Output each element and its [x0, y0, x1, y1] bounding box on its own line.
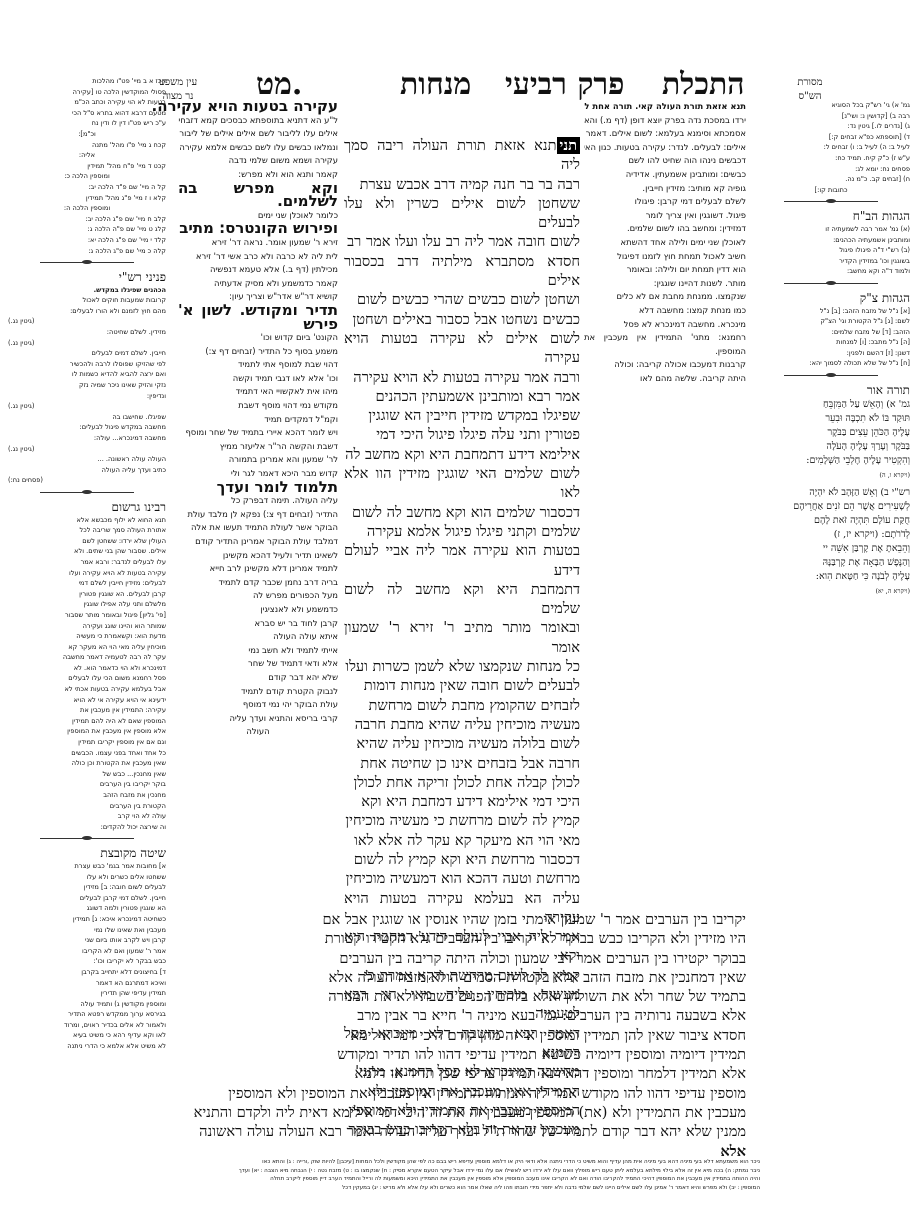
gershom-line: קרבן לבעלים. הא שוגגין פטורין [8, 589, 166, 600]
ornament-divider [40, 838, 135, 845]
torah-or: גמ' א) וְהָאֵשׁ עַל הַמִּזְבֵּחַ תּוּקַד… [752, 398, 910, 482]
torah-or-line: בַּבֹּקֶר וְעָרַךְ עָלֶיהָ הָעֹלָה [752, 440, 910, 454]
footnote-line: ניבר נמתק: ה) בכה מיא אין זה אלא בילוי מ… [120, 1167, 760, 1176]
gemara-line: לשום שלמים האי שוגגין מזידין הוו אלא לאו [344, 464, 580, 503]
tosafot-line: דהוי שבת למוסף אתי לתמיד [178, 358, 338, 372]
gemara-line: אמר רבא ומותבינן אשמעתין הכהנים [344, 387, 580, 406]
ein-mishpat-line: ומוספין הלכה ה: [8, 203, 166, 214]
gemara-line: לכולן קבלה אחת לכולן זריקה אחת לכולן [344, 773, 580, 792]
ein-mishpat-line: אליה: [8, 150, 166, 161]
masoret-line: פסחים נח: יומא לג: [752, 164, 910, 175]
gershom-line: וה שירצה יכול להקדים: [8, 822, 166, 833]
pnei-rashi-line: שפיגלו. שחישבו בה [8, 412, 166, 423]
torah-or-line: גמ' א) וְהָאֵשׁ עַל הַמִּזְבֵּחַ [752, 398, 910, 412]
gershom-line: הקטורת בין הערבים [8, 801, 166, 812]
tosafot-line: עליה העולה. תימה דבפרק כל [178, 494, 338, 508]
rashi-line: ירדו במסכת נדה בפרק יוצא דופן (דף מ.) וה… [584, 114, 746, 128]
footnotes: ניכר הוא משמעתא דלא בעי מיניה דהא בעי מי… [120, 1158, 760, 1192]
tosafot-line: דמלבד עולת הבוקר אמרינן התדיר קודם [178, 535, 338, 549]
shita-line: חייבין. לשלם דמי קרבן לבעלים [8, 893, 166, 904]
shita-line: ד] בחיצונים דלא יתחייב בקרבן [8, 967, 166, 978]
tosafot-dibbur-hamatchil: עקירה בטעות הויא עקירה. [178, 100, 338, 114]
pnei-rashi-line: מחשבה דמינכרא... עולה: [8, 433, 166, 444]
gemara-line: ממנין שלא יהא דבר קודם לתמיד של שחר ת"ל … [178, 1122, 746, 1141]
tosafot-dibbur: ופירוש הקונטרס: מתיב [178, 222, 338, 236]
tosafot-line: אילים עלו לליבור לשם אילים אילים של ליבו… [178, 127, 338, 141]
shita-line: כשחיטה דמינכרא איכא: ג] תמידין [8, 914, 166, 925]
gershom-line: בוקר יקריבו בין הערבים [8, 779, 166, 790]
gemara-line: מרחשת וטעה דהכא הוא דמעשיה מוכיחין [344, 869, 580, 888]
gershom-line: עולה לא הוי קרב [8, 811, 166, 822]
tosafot-line: משמע בסוף כל התדיר (זבחים דף צ:) [178, 345, 338, 359]
rashi-line: דמזידין: ומחשב בהו לשום שלמים. [584, 222, 746, 236]
gemara-line: היו מזידין ולא הקריבו כבש בבוקר לא יקריב… [178, 929, 746, 948]
rashi-line: אסמכתא וסימנא בעלמא: לשום אילים. דאמר הר… [584, 127, 746, 141]
hagahot-tzk: [א] נ"ל של מזבח הזהב: [ב] נ"ל לשם: [ג] נ… [752, 306, 910, 370]
ein-mishpat-line: קל ה מיי' שם פ"ד הלכה יב: [8, 182, 166, 193]
pnei-rashi-line: קרובות שמעבות חוקים לאכול [8, 295, 166, 306]
ein-mishpat-line: וכ"מ]: [8, 129, 166, 140]
rashi-line: דכבשים נינהו הוה שחיט להו לשם [584, 154, 746, 168]
tosafot-line: דשבת והקשה הר"ר אליעזר ממיץ [178, 440, 338, 454]
ornament-divider [784, 375, 879, 382]
pnei-rashi: הכהנים שפיגלו במקדש. קרובות שמעבות חוקים… [8, 285, 166, 486]
tosafot-line: לית ליה לא כרבה ולא כרב אשי דר' זירא [178, 250, 338, 264]
shita-line: ואיכא דמתרגם הא דאמר [8, 978, 166, 989]
ein-mishpat-line: קלג ט מיי' שם פ"ה הלכה ג: [8, 224, 166, 235]
source-ref: (פסחים נח:) [8, 475, 166, 486]
torah-or-line: תּוּקַד בּוֹ לֹא תִכְבֶּה וּבִעֵר [752, 412, 910, 426]
tosafot-commentary: עקירה בטעות הויא עקירה. ל"ע הא דתניא בתו… [178, 100, 338, 739]
gershom-line: תנא החוא לא ילוף מכבשא אלא [8, 515, 166, 526]
pnei-rashi-line: כתיב ועדך עליה העולה [8, 465, 166, 476]
masoret-line: ג) [נדרים לו.] גיטין נד: [752, 121, 910, 132]
gemara-line: חסדא ציבור שאין להן תמידין ומוספין אי זה… [178, 1026, 746, 1045]
hagahot-line: (ב) רש"י ד"ה פיגולו פיגול [752, 245, 910, 256]
rashi-line: לשלם לבעלים דמי קרבן: פיגולו [584, 195, 746, 209]
gemara-line: דתמחבת היא וקא מחשב לה לשום שלמים [344, 580, 580, 619]
rashi-commentary: תנא אזאת תורת העולה קאי. תורה אחת לכל הע… [584, 100, 746, 385]
gemara-line: לשום בלולה מעשיה מוכיחין עליה שהיא [344, 734, 580, 753]
gemara-line: לזבחים שהקומץ מחבת לשום מרחשת [344, 696, 580, 715]
gemara-bottom-text: יקריבו בין הערבים אמר ר' שמעון אימתי בזמ… [178, 910, 746, 1161]
gemara-line: ובאומר מותר מתיב ר' זירא ר' שמעון אומר [344, 618, 580, 657]
gershom-line: מדעת הוא: וקשאמרת כי מעשיה [8, 631, 166, 642]
hagahot-tzk-line: [ח] נ"ל של שלא תכולה לסמוך יהא: [752, 358, 910, 369]
pnei-rashi-line: העולה עולה ראשונה. ... [8, 454, 166, 465]
tosafot-line: קאמר כדמשמע ולא מסיק אדעתיה [178, 277, 338, 291]
masoret-line: רבה ב) [קדושין נ: ושי"נ] [752, 111, 910, 122]
hagahot-bach-title: הגהות הב"ח [752, 211, 910, 222]
shita-mekubetzet-title: שיטה מקובצת [8, 848, 166, 859]
torah-or-line: לְדֹרֹתָם: (ויקרא יז, ז) [752, 528, 910, 542]
source-ref: (גיטין נג.) [8, 401, 166, 412]
tractate-name: מנחות [400, 70, 471, 100]
source-ref: (גיטין נג.) [8, 338, 166, 349]
rashi-line: מותר. לשנות דהיינו שוגגין: [584, 277, 746, 291]
masoret-line: ע"ש ז) כ"ק קיח. תמיד כח: [752, 153, 910, 164]
tosafot-line: הקונט' ביום קדוש וכו' [178, 331, 338, 345]
tosafot-line: לנבוק הקטרת קודם לתמיד [178, 685, 338, 699]
ein-mishpat-line: קלד י מיי' שם פ"ג הלכה יא: [8, 235, 166, 246]
gemara-line: היכי דמי אילימא דידע דמחבת היא וקא [344, 792, 580, 811]
gemara-line: אילימא דידע דתמחבת היא וקא מחשב לה [344, 445, 580, 464]
rashi-line: אילים: לבעלים. לנדר: עקירה בטעות. כגון ה… [584, 141, 746, 155]
torah-or-title: תורה אור [752, 385, 910, 396]
masoret-line: לעיל ב: ה) לעיל ב: ו) זבחים ל: [752, 142, 910, 153]
right-sidebar: גמ' א) גי' רש"ק בכל הסוגיא רבה ב) [קדושי… [752, 100, 910, 598]
tosafot-line: מקודש נמי דהוי מוסף דשבת [178, 399, 338, 413]
hagahot-tzk-line: [א] נ"ל של מזבח הזהב: [ב] נ"ל [752, 306, 910, 317]
gemara-line: לשום חובה אמר ליה רב עלו ועלו אמר רב [344, 232, 580, 251]
chapter-number: פרק רביעי [505, 70, 624, 100]
tosafot-line: זירא ר' שמעון אומר. נראה דר' זירא [178, 236, 338, 250]
gershom-line: המוספין שאם לא היה להם תמידין [8, 716, 166, 727]
rashi-line: הוא דדין תמחת יום ולילה: ובאומר [584, 263, 746, 277]
shita-line: לבעלים לשום חובה: ב] מזידין [8, 882, 166, 893]
gershom-line: עקירה: התמידין אין מעכבין את [8, 705, 166, 716]
gemara-line: כל מנחות שנקמצו שלא לשמן כשרות ועלו [344, 657, 580, 676]
ein-mishpat-line: ומוספין הלכה כ: [8, 171, 166, 182]
ein-mishpat-line: קלב ח מיי' שם פ"ג הלכה יב: [8, 214, 166, 225]
pnei-rashi-title: פניני רש"י [8, 272, 166, 283]
tosafot-line: מכילתין (דף ב.) אלא טעמא דנפשיה [178, 263, 338, 277]
rashi-line: לאוכלן שני ימים ולילה אחד דהשתא [584, 236, 746, 250]
shita-line: כבש בבקר לא יקריבו וכו': [8, 956, 166, 967]
shita-line: אמר ר' שמעון ואם לא הקריבו [8, 946, 166, 957]
tosafot-line: עקירה ושמא משום שלמי נדבה [178, 154, 338, 168]
tosafot-line: מיהו אית לאקשויי האי דתמיד [178, 385, 338, 399]
rashi-line: רחמנא: מתני' התמידין אין מעכבין את המוספ… [584, 331, 746, 358]
gemara-line: קמיץ לה לשום מרחשת כי מעשיה מוכיחין [344, 811, 580, 830]
gemara-line: מאי הוי הא מיעקר קא עקר לה אלא לאו [344, 831, 580, 850]
torah-or-line: עָלֶיהָ לְבֹנָה כִּי חַטָּאת הִוא: [752, 570, 910, 584]
pnei-rashi-line: ואם ירצה להביא להדיא כשמות לו [8, 369, 166, 380]
ein-mishpat-line: קכט ד מיי' פ"ח מהל' תמידין [8, 161, 166, 172]
footnote-line: והיה ההותה בתמידין אין מעכבין את המוספין… [120, 1175, 760, 1184]
masoret-line: גמ' א) גי' רש"ק בכל הסוגיא [752, 100, 910, 111]
rashi-line: שנקמצו. ממנחת מחבת אם לא כלים [584, 290, 746, 304]
gemara-line-text: תנא אזאת תורת העולה ריבה סמך ליה [344, 137, 580, 173]
ornament-divider [40, 492, 135, 499]
ein-mishpat-line: קלא ו ז מיי' פ"ג מהל' תמידין [8, 193, 166, 204]
ein-mishpat-line: בטעות לא הוי עקירה וכתב הכ"מ [8, 97, 166, 108]
ein-mishpat-line: פסולי המוקדשין הלכה טו [עקירה [8, 87, 166, 98]
gershom-line: עלו לבעלים לנדבר: ורבא אמר [8, 557, 166, 568]
rashi-line: היתה קריבה. שלשה מהם לאו [584, 372, 746, 386]
rashi-line: גופיה קא מותיב: מזידין חייבין. [584, 182, 746, 196]
left-sidebar: קכז א ב מיי' פט"ו מהלכות פסולי המוקדשין … [8, 76, 166, 1052]
pnei-rashi-line: הכהנים שפיגלו במקדש. [8, 285, 166, 296]
gemara-line: שפיגלו במקדש מזידין חייבין הא שוגגין [344, 406, 580, 425]
gershom-line: וגם אם אין מוספין יקריבו תמידין [8, 737, 166, 748]
shita-line: לאו וקא עדיף רהא כי משיט בעיא [8, 1030, 166, 1041]
hagahot-line: בשוגגין וכו' במזידין הקדיר [752, 256, 910, 267]
tosafot-line: ונמלאו כבשים עלו לשם כבשים אלמא עקירה בט… [178, 141, 338, 155]
hagahot-tzk-line: [ה] נ"ל מתבכ: [ו] למנחות [752, 337, 910, 348]
hagahot-line: ולמוד ד"ה וקא מחשב: [752, 266, 910, 277]
ornament-divider [40, 262, 135, 269]
tosafot-line: וקמ"ל דמקדים תמיד [178, 413, 338, 427]
tosafot-line: קרבי בריסא והתניא ועדך עליה [178, 712, 338, 726]
ornament-divider [784, 283, 879, 290]
gemara-line: אלא תמידין דלמחר ומוספין דהאידנא תמידין … [178, 1064, 746, 1083]
tosafot-line: עולת הבוקר יהי נמי דמוסף [178, 698, 338, 712]
gemara-line: תמידין דיומיה ומוספין דיומיה פשיטא תמידי… [178, 1045, 746, 1064]
hagahot-tzk-line: לשם: [ג] נ"ל הקטורת וגי' הצ"ק [752, 316, 910, 327]
gemara-line: דכסבור מרחשת היא וקא קמיץ לה לשום [344, 850, 580, 869]
ein-mishpat-line: ע"כ ריש פט"ו דין לו ודין נח [8, 118, 166, 129]
verse-source: (ויקרא ו, ה) [752, 468, 910, 482]
gemara-line: ושחטן לשום כבשים שהרי כבשים לשום [344, 290, 580, 309]
tosafot-line: הבוקר אשר לעולת התמיד תעשו את אלה [178, 521, 338, 535]
shita-line: ולאמור לא אלים בכדיר ראוים, ומרוד [8, 1020, 166, 1031]
masoret-line: כתובות קו:] [752, 185, 910, 196]
tosafot-line: קרבן לחוד בר יש סברא [178, 617, 338, 631]
rashi-dibbur-hamatchil: תנא אזאת תורת העולה קאי. תורה אחת לכל הע… [584, 100, 746, 114]
shita-line: תמידין עדיפי שהן תדירין [8, 988, 166, 999]
ein-mishpat: קכז א ב מיי' פט"ו מהלכות פסולי המוקדשין … [8, 76, 166, 256]
gemara-line: בטעות הוא עקירה אמר ליה אביי לעולם דידע [344, 541, 580, 580]
gemara-line: ורבה אמר עקירה בטעות לא הויא עקירה [344, 368, 580, 387]
pnei-rashi-line: נזקי והזיק שאינו ניכר שמיה נזק [8, 380, 166, 391]
ein-mishpat-line: קלה כ מיי' שם פ"ג הלכה ג: [8, 246, 166, 257]
gemara-line: לבעלים לשום חובה שאין מנחות דומות [344, 676, 580, 695]
ein-mishpat-line: קכז א ב מיי' פט"ו מהלכות [8, 76, 166, 87]
torah-or-line: לְשָׁעִירִים אֲשֶׁר הֵם זֹנִים אַחֲרֵיהֶ… [752, 500, 910, 514]
gershom-line: מחנכין את מזבח הזהב [8, 790, 166, 801]
shita-line: מעכבין ואת שאינו שלו נמי [8, 925, 166, 936]
masoret-line: ח) [זבחים קב. כ"מ נה. [752, 174, 910, 185]
rashi-line: קרבנות דמעכבו אכולה קריבה: וכולה [584, 358, 746, 372]
hagahot-line: (א) גמ' אמר רבה לשמעתיה זו [752, 224, 910, 235]
gershom-line: מלשלם ותני עלה אפילו שוגגין [8, 599, 166, 610]
masoret-hashas: גמ' א) גי' רש"ק בכל הסוגיא רבה ב) [קדושי… [752, 100, 910, 195]
gershom-line: ידעינא אי הויא עקירה אי לא הויא [8, 695, 166, 706]
gemara-line: דכסבור שלמים הוא וקא מחשב לה לשום [344, 503, 580, 522]
source-ref: (גיטין נג.) [8, 444, 166, 455]
torah-or-line: וְהִקְטִיר עָלֶיהָ חֶלְבֵי הַשְּׁלָמִים: [752, 454, 910, 468]
tosafot-line: אלא ודאי דתמיד של שחר [178, 657, 338, 671]
tosafot-line: בריה דרב נחמן שכבר קדם לתמיד [178, 576, 338, 590]
gemara-line: ששחטן לשום אילים כשרין ולא עלו לבעלים [344, 194, 580, 233]
folio-number: מט. [256, 70, 302, 100]
shita-line: א] מחובות אמר בגמ' כבש עצרת [8, 861, 166, 872]
footnote-line: ניכר הוא משמעתא דלא בעי מיניה דהא בעי מי… [120, 1158, 760, 1167]
gershom-line: שאין מעכבין את הקטורת וכן כולה [8, 758, 166, 769]
tosafot-line: ויש לומר דהכא איירי בתמיד של שחר ומוסף [178, 426, 338, 440]
shita-line: לא משיט אלא אלמא כי הדרי ניתנה [8, 1041, 166, 1052]
gemara-line: שלמים וקתני פיגלו פיגול אלמא עקירה [344, 522, 580, 541]
rabbeinu-gershom-title: רבינו גרשום [8, 502, 166, 513]
gershom-line: פסל רחמנא משום הכי עלו לבעלים [8, 673, 166, 684]
pnei-rashi-line: חייבין. לשלם דמים לבעלים [8, 348, 166, 359]
tani-opening-word: תני [557, 137, 580, 154]
tosafot-line: התדיר (זבחים דף צ:) נפקא לן מלבד עולת [178, 508, 338, 522]
pnei-rashi-line: מזידין. לשלם שחיטה: [8, 327, 166, 338]
ornament-divider [784, 201, 879, 208]
tosafot-line: לתמיד אמרינן דלא מקשינן לרב חייא [178, 562, 338, 576]
shita-line: הא שוגגין פטורין ולמה דשוגג [8, 903, 166, 914]
gershom-line: העולין שלא ירדו: ששחטן לשם [8, 536, 166, 547]
torah-or-rashi: רש"י ב) וְאֵשׁ הַזָּהָב לֹא יִהְיֶה לְשָ… [752, 486, 910, 598]
tosafot-line: איתא עולה העולה [178, 630, 338, 644]
shita-line: ששחטו אלים כשרים ולא עלו [8, 872, 166, 883]
tosafot-line: לשאינו תדיר ולעיל דהכא מקשינן [178, 549, 338, 563]
masoret-line: ד) [תוספתא כפ"א זבחים ק:] [752, 132, 910, 143]
gemara-line: יקריבו בין הערבים אמר ר' שמעון אימתי בזמ… [178, 910, 746, 929]
torah-or-line: עָלֶיהָ הַכֹּהֵן עֵצִים בַּבֹּקֶר [752, 426, 910, 440]
gemara-line: שאין דמחנכין את מזבח הזהב אלא בקטורת הסמ… [178, 968, 746, 987]
pnei-rashi-line: מהם חוץ לזמנם ולא הורו לבעלים: [8, 306, 166, 317]
gemara-line: תניתנא אזאת תורת העולה ריבה סמך ליה [344, 136, 580, 175]
gemara-line: כבשים נשחטו אבל כסבור באילים ושחטן [344, 310, 580, 329]
verse-source: (ויקרא ה, יא) [752, 584, 910, 598]
tosafot-dibbur: תדיר ומקודש. לשון א' פירש [178, 304, 338, 331]
gemara-line: מוספין עדיפי דהוו להו מקודש אמר ליה תנית… [178, 1084, 746, 1103]
torah-or-line: וְהַנֶּפֶשׁ הַבָּאָה אֶת קָרְבַּנָּהּ [752, 556, 910, 570]
pnei-rashi-line: ונדיפין: [8, 391, 166, 402]
tosafot-line: אייתי לתמיד ולא חשב נמי [178, 644, 338, 658]
gemara-line: חרבה אבל בזבחים אינו כן שחיטה אחת [344, 754, 580, 773]
tosafot-dibbur: תלמוד לומר ועדך [178, 481, 338, 495]
gershom-line: [פי' גליון] פיגול ובאומר מותר שסבור [8, 610, 166, 621]
gershom-line: דמינכרא ולא הוי כדאמר הוא. לא [8, 663, 166, 674]
gershom-line: אלא מוספין אין מעכבין את המוספין [8, 726, 166, 737]
tosafot-line: מעל הכפורים מפרש לה [178, 589, 338, 603]
rashi-line: כבשים: ומותבינן אשמעתין. אדידיה [584, 168, 746, 182]
tosafot-line: שלא יהא דבר קודם [178, 671, 338, 685]
gemara-line: בבוקר יקטירו בין הערבים אמר רבי שמעון וכ… [178, 949, 746, 968]
gershom-line: עקר לה רבה לטעמיה דאמר מחשבה [8, 652, 166, 663]
torah-or-line: חֻקַּת עוֹלָם תִּהְיֶה זֹּאת לָהֶם [752, 514, 910, 528]
gershom-line: שאין מחנכין... כבש של [8, 769, 166, 780]
rashi-line: כמו מנחת קמצו: מחשבה דלא [584, 304, 746, 318]
shita-line: קרבן ויש לקרב אותו ביום שני [8, 935, 166, 946]
gershom-line: מוכיחין עליה מאי הוי הא מעקר קא [8, 642, 166, 653]
gemara-line: מעכבין את התמידין ולא (את) המוספין מעכבי… [178, 1103, 746, 1122]
hagahot-line: ומותבינן אשמעתיה הכהנים: [752, 235, 910, 246]
gershom-line: שמותר הוא והיינו שוגג ועקירה [8, 621, 166, 632]
hagahot-bach: (א) גמ' אמר רבה לשמעתיה זו ומותבינן אשמע… [752, 224, 910, 277]
torah-or-line: וְהֵבֵאתָ אֶת קָרְבַּן אִשֵּׁה יי [752, 542, 910, 556]
gershom-line: עקירה בטעות לא הויא עקירה ועלו [8, 568, 166, 579]
gershom-line: כל אחד ואחד בפני עצמו. הכבשים [8, 748, 166, 759]
gershom-line: לבעלים: מזידין חייבין לשלם דמי [8, 578, 166, 589]
gershom-line: אבל בעלמא עקירה בטעות אכתי לא [8, 684, 166, 695]
tosafot-line: וכו' אלא לאו דגבי תמיד וקשה [178, 372, 338, 386]
ein-mishpat-line: מטעם דרבא דהוא בתרא ס"ל הכי [8, 108, 166, 119]
shita-line: בגירסא ערוך ממקדש רפטא התדיר [8, 1009, 166, 1020]
pnei-rashi-line: לפי שהזיקו שפוסלו לרבה ולהכשיר [8, 359, 166, 370]
rashi-line: מינכרא. מחשבה דמינכרא לא פסל [584, 318, 746, 332]
gemara-line: בתמיד של שחר ולא את השולחן ואלא בלחם הפנ… [178, 987, 746, 1006]
source-ref: (גיטין נג.) [8, 316, 166, 327]
hagahot-tzk-title: הגהות צ"ק [752, 293, 910, 304]
gemara-line: אלא בשבעה נרותיה בין הערבים: גמ' בעא מינ… [178, 1006, 746, 1025]
hagahot-tzk-line: דשנן: [ז] דהשם ולפנין: [752, 348, 910, 359]
masoret-label: מסורת [780, 76, 840, 90]
rashi-line: פיגול. דשוגגין ואין צריך לומר [584, 209, 746, 223]
ein-mishpat-line: קכח ג מיי' פ"ו מהל' מתנה [8, 140, 166, 151]
gershom-line: אתורת העולה סמך שריבה לכל [8, 525, 166, 536]
rashi-line: חשיב לאכול תמחת חוץ לזמנו דפיגול [584, 250, 746, 264]
rabbeinu-gershom: תנא החוא לא ילוף מכבשא אלא אתורת העולה ס… [8, 515, 166, 833]
shita-line: ומוספין מקודשין ג) ותמיד עולה [8, 999, 166, 1010]
footnote-line: המוספין : יב) ולא מפרש והיא דאמר ר' אמינ… [120, 1184, 760, 1193]
gemara-line: מעשיה מוכיחין עליה שהיא מחבת חרבה [344, 715, 580, 734]
hagahot-tzk-line: הזהב: [ד] של מזבח שלמים: [752, 327, 910, 338]
shita-mekubetzet: א] מחובות אמר בגמ' כבש עצרת ששחטו אלים כ… [8, 861, 166, 1052]
tosafot-line: כדמשמע ולא לאנציגין [178, 603, 338, 617]
gershom-line: אילים. שסבור שהן בני שתים. ולא [8, 546, 166, 557]
tosafot-line: העולה [178, 725, 338, 739]
chapter-name: התכלת [662, 70, 745, 100]
tosafot-line: ל"ע הא דתניא בתוספתא כבסכים קמא דזבחים כ… [178, 114, 338, 128]
gemara-line: פטורין ותני עלה פיגלו פיגול היכי דמי [344, 425, 580, 444]
torah-or-line: רש"י ב) וְאֵשׁ הַזָּהָב לֹא יִהְיֶה [752, 486, 910, 500]
gemara-line: חסדא מסתברא מילתיה דרב בכסבור אילים [344, 252, 580, 291]
tosafot-line: לר' שמעון והא אמרינן בתמורה [178, 453, 338, 467]
gemara-line: רבה בר בר חנה קמיה דרב אכבש עצרת [344, 175, 580, 194]
gemara-line: לשום אילים לא עקירה בטעות הויא עקירה [344, 329, 580, 368]
pnei-rashi-line: מחשבה במקדש פיגול לבעלים: [8, 422, 166, 433]
tosafot-dibbur: וקא מפרש בה לשלמים. [178, 182, 338, 209]
